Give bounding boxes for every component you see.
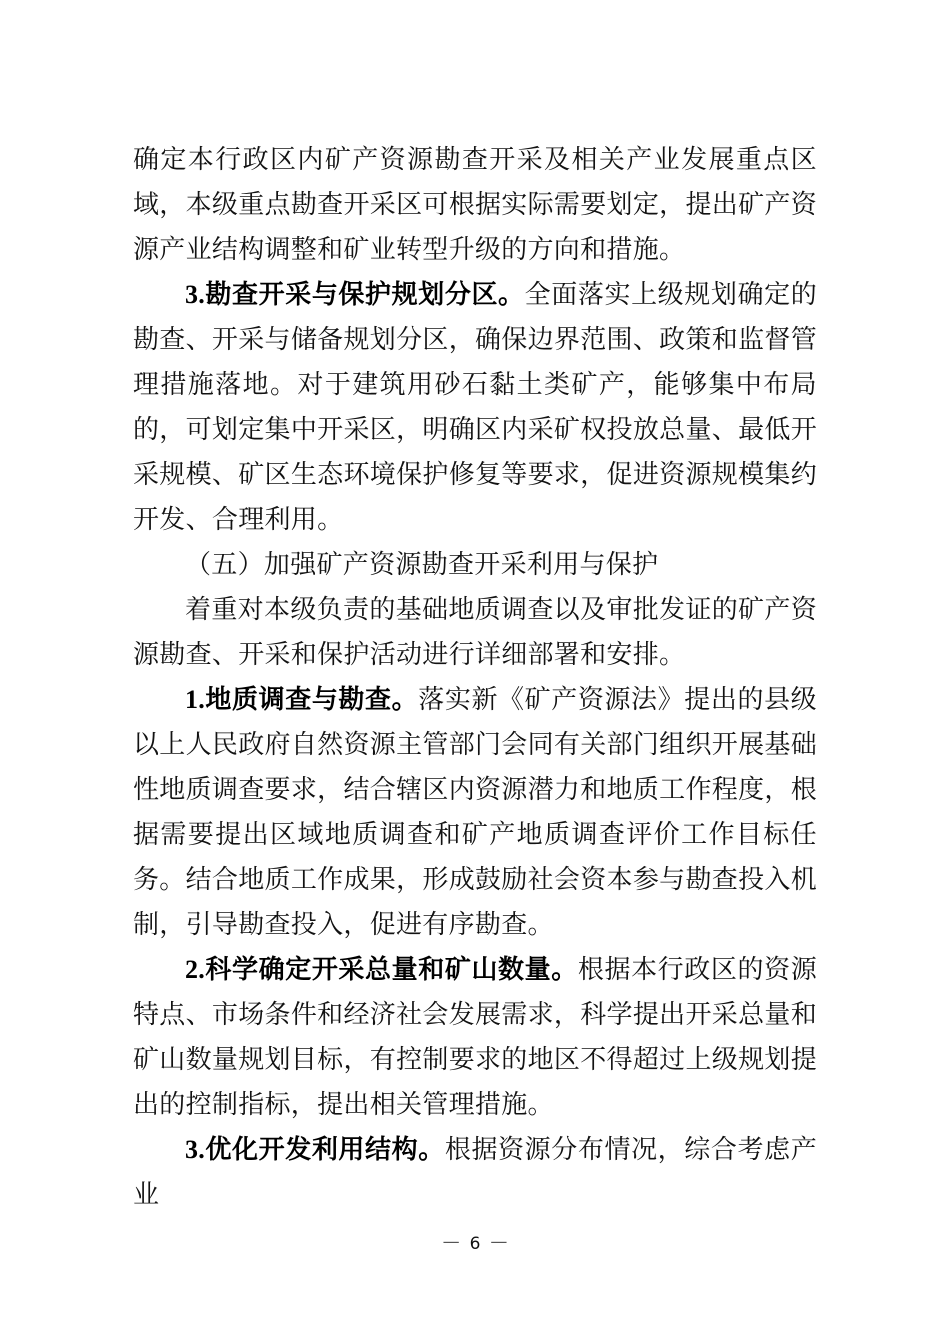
- numbered-item-paragraph: 1.地质调查与勘查。落实新《矿产资源法》提出的县级以上人民政府自然资源主管部门会…: [133, 677, 817, 947]
- numbered-item-paragraph: 2.科学确定开采总量和矿山数量。根据本行政区的资源特点、市场条件和经济社会发展需…: [133, 947, 817, 1127]
- paragraph-text: 确定本行政区内矿产资源勘查开采及相关产业发展重点区域，本级重点勘查开采区可根据实…: [133, 145, 817, 264]
- paragraph-lead: 2.科学确定开采总量和矿山数量。: [185, 955, 578, 984]
- paragraph-text: （五）加强矿产资源勘查开采利用与保护: [185, 550, 658, 579]
- paragraph-lead: 3.勘查开采与保护规划分区。: [185, 280, 525, 309]
- paragraph-text: 着重对本级负责的基础地质调查以及审批发证的矿产资源勘查、开采和保护活动进行详细部…: [133, 595, 817, 669]
- footer-dash-right: —: [490, 1232, 507, 1252]
- text-block: 确定本行政区内矿产资源勘查开采及相关产业发展重点区域，本级重点勘查开采区可根据实…: [133, 137, 817, 1217]
- body-paragraph: 着重对本级负责的基础地质调查以及审批发证的矿产资源勘查、开采和保护活动进行详细部…: [133, 587, 817, 677]
- page-number: 6: [470, 1234, 481, 1254]
- numbered-item-paragraph: 3.勘查开采与保护规划分区。全面落实上级规划确定的勘查、开采与储备规划分区，确保…: [133, 272, 817, 542]
- paragraph-lead: 1.地质调查与勘查。: [185, 685, 418, 714]
- footer-dash-left: —: [443, 1232, 460, 1252]
- document-page: 确定本行政区内矿产资源勘查开采及相关产业发展重点区域，本级重点勘查开采区可根据实…: [0, 0, 950, 1344]
- paragraph-text: 落实新《矿产资源法》提出的县级以上人民政府自然资源主管部门会同有关部门组织开展基…: [133, 685, 817, 939]
- paragraph-text: 全面落实上级规划确定的勘查、开采与储备规划分区，确保边界范围、政策和监督管理措施…: [133, 280, 817, 534]
- section-heading: （五）加强矿产资源勘查开采利用与保护: [133, 542, 817, 587]
- page-footer: —6—: [0, 1234, 950, 1254]
- paragraph-lead: 3.优化开发利用结构。: [185, 1135, 445, 1164]
- numbered-item-paragraph: 3.优化开发利用结构。根据资源分布情况，综合考虑产业: [133, 1127, 817, 1217]
- body-paragraph-continuation: 确定本行政区内矿产资源勘查开采及相关产业发展重点区域，本级重点勘查开采区可根据实…: [133, 137, 817, 272]
